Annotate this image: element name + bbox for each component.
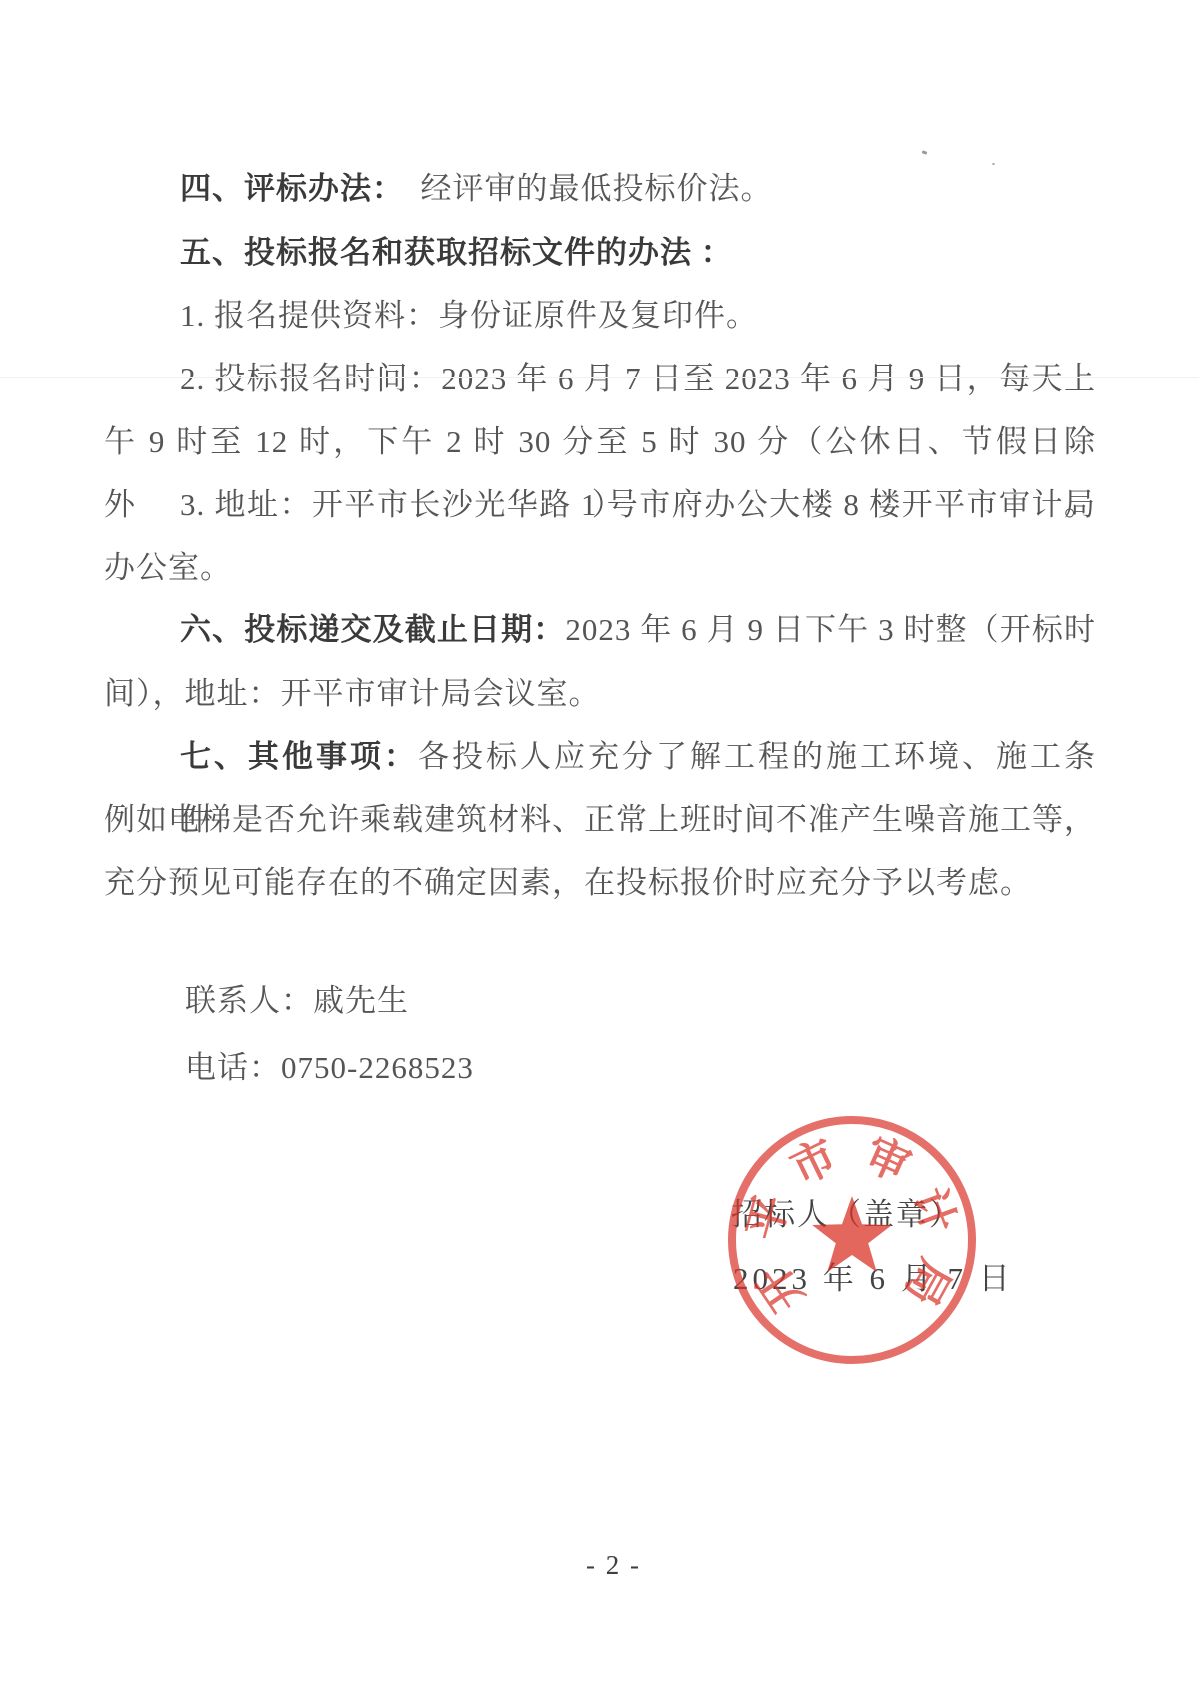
body-segment: 3. 地址：开平市长沙光华路 1 号市府办公大楼 8 楼开平市审计局	[180, 487, 1096, 522]
paragraph-line: 间），地址：开平市审计局会议室。	[104, 662, 1096, 725]
scan-speck	[922, 150, 928, 155]
heading-segment: 四、评标办法：	[180, 171, 389, 206]
paragraph-line: 例如电梯是否允许乘载建筑材料、正常上班时间不准产生噪音施工等，	[104, 788, 1096, 851]
body-segment: 例如电梯是否允许乘载建筑材料、正常上班时间不准产生噪音施工等，	[104, 802, 1096, 837]
page-number: - 2 -	[586, 1550, 641, 1581]
paragraph-line: 充分预见可能存在的不确定因素，在投标报价时应充分予以考虑。	[104, 851, 1096, 914]
contact-phone-line: 电话：0750-2268523	[104, 1036, 1096, 1099]
paragraph-line: 1. 报名提供资料：身份证原件及复印件。	[104, 284, 1096, 347]
body-segment: 1. 报名提供资料：身份证原件及复印件。	[180, 298, 758, 333]
body-segment: 联系人：戚先生	[185, 983, 409, 1018]
document-page: 四、评标办法： 经评审的最低投标价法。 五、投标报名和获取招标文件的办法 ： 1…	[0, 0, 1199, 1696]
body-segment: 间），地址：开平市审计局会议室。	[104, 676, 601, 711]
paragraph-line: 六、投标递交及截止日期：2023 年 6 月 9 日下午 3 时整（开标时	[104, 598, 1096, 661]
contact-person-line: 联系人：戚先生	[104, 969, 1096, 1032]
heading-segment: 七、其他事项：	[180, 739, 418, 774]
body-segment: 2. 投标报名时间：2023 年 6 月 7 日至 2023 年 6 月 9 日…	[180, 361, 1096, 396]
official-seal: 开 平 市 审 计 局	[728, 1116, 976, 1364]
paragraph-line: 四、评标办法： 经评审的最低投标价法。	[104, 157, 1096, 220]
body-segment: 办公室。	[104, 550, 232, 585]
paragraph-line: 2. 投标报名时间：2023 年 6 月 7 日至 2023 年 6 月 9 日…	[104, 347, 1096, 410]
paragraph-line: 办公室。	[104, 536, 1096, 599]
paragraph-line: 3. 地址：开平市长沙光华路 1 号市府办公大楼 8 楼开平市审计局	[104, 473, 1096, 536]
scan-artifact-line	[0, 377, 1199, 378]
body-segment: 电话：0750-2268523	[185, 1050, 474, 1085]
paragraph-line: 五、投标报名和获取招标文件的办法 ：	[104, 221, 1096, 284]
body-segment: 充分预见可能存在的不确定因素，在投标报价时应充分予以考虑。	[104, 865, 1032, 900]
body-segment: 经评审的最低投标价法。	[389, 171, 773, 206]
heading-segment: 六、投标递交及截止日期：	[180, 612, 565, 647]
heading-segment: 五、投标报名和获取招标文件的办法 ：	[180, 235, 733, 270]
body-segment: 2023 年 6 月 9 日下午 3 时整（开标时	[565, 612, 1096, 647]
star-icon	[806, 1192, 898, 1284]
scan-speck	[992, 163, 995, 165]
